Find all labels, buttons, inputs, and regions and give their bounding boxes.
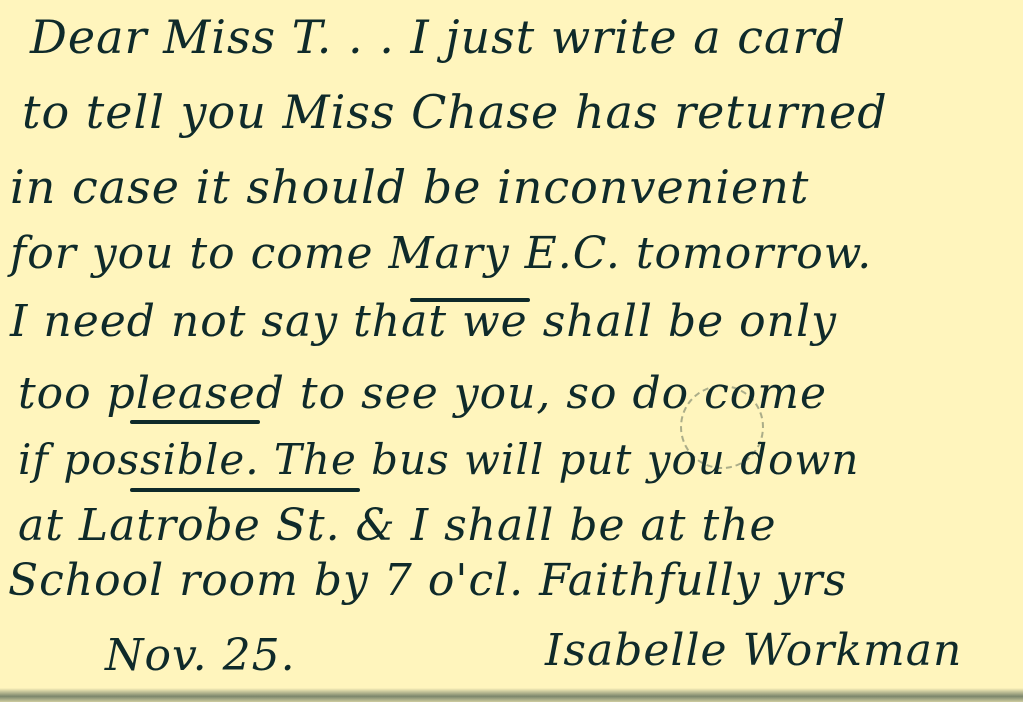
letter-line-5: I need not say that we shall be only xyxy=(10,296,837,347)
letter-line-3: in case it should be inconvenient xyxy=(10,160,809,214)
underline-stroke xyxy=(130,488,360,492)
letter-line-1: Dear Miss T. . . I just write a card xyxy=(30,10,846,64)
letter-signature: Isabelle Workman xyxy=(545,625,962,676)
letter-date: Nov. 25. xyxy=(105,630,296,681)
letter-line-2: to tell you Miss Chase has returned xyxy=(22,85,888,139)
letter-line-4: for you to come Mary E.C. tomorrow. xyxy=(10,228,872,279)
card-bottom-edge xyxy=(0,688,1023,702)
letter-line-9: School room by 7 o'cl. Faithfully yrs xyxy=(8,555,847,606)
underline-stroke xyxy=(130,420,260,424)
letter-line-6: too pleased to see you, so do come xyxy=(18,368,827,419)
letter-line-8: at Latrobe St. & I shall be at the xyxy=(18,500,777,551)
underline-stroke xyxy=(410,298,530,302)
postcard: Dear Miss T. . . I just write a card to … xyxy=(0,0,1023,702)
letter-line-7: if possible. The bus will put you down xyxy=(18,435,859,484)
